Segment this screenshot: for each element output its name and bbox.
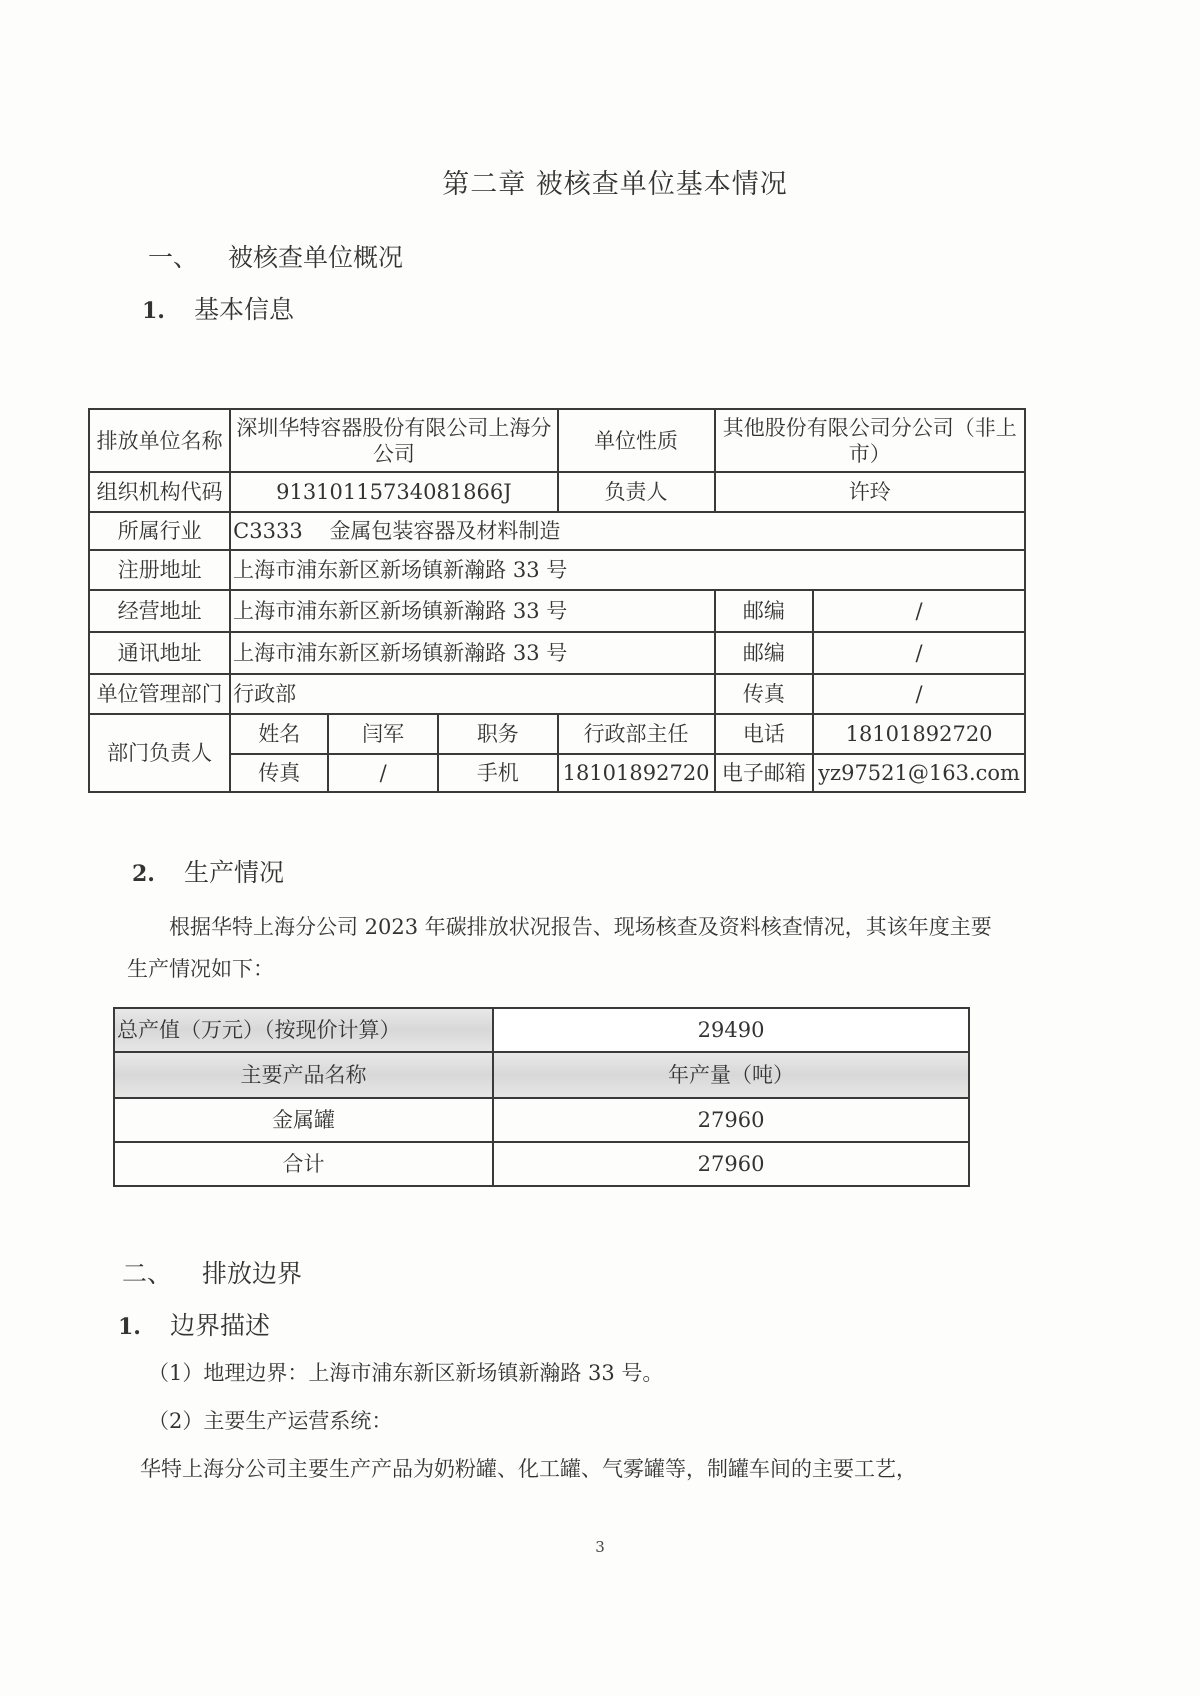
- value-org-code: 91310115734081866J: [230, 472, 557, 512]
- annual-output: 27960: [493, 1098, 969, 1142]
- product-name: 合计: [114, 1142, 493, 1186]
- label-org-code: 组织机构代码: [89, 472, 230, 512]
- subsection-heading-basic-info: 1.基本信息: [142, 290, 294, 326]
- subsection-title: 生产情况: [184, 858, 284, 887]
- value-person-in-charge: 许玲: [715, 472, 1025, 512]
- subsection-number: 1.: [118, 1314, 170, 1340]
- label-op-address: 经营地址: [89, 590, 230, 632]
- value-mobile: 18101892720: [558, 754, 715, 792]
- section-heading-2: 二、排放边界: [122, 1254, 302, 1290]
- label-dept-head: 部门负责人: [89, 714, 230, 792]
- value-mgmt-dept: 行政部: [230, 674, 714, 714]
- page-number: 3: [0, 1538, 1200, 1556]
- value-reg-address: 上海市浦东新区新场镇新瀚路 33 号: [230, 550, 1025, 590]
- section-number: 二、: [122, 1254, 202, 1290]
- label-mgmt-fax: 传真: [715, 674, 814, 714]
- section-title: 被核查单位概况: [228, 243, 403, 272]
- value-op-postcode: /: [813, 590, 1025, 632]
- value-mgmt-fax: /: [813, 674, 1025, 714]
- subsection-number: 1.: [142, 298, 194, 324]
- value-phone: 18101892720: [813, 714, 1025, 754]
- value-fax: /: [328, 754, 438, 792]
- subsection-heading-production: 2.生产情况: [132, 853, 284, 889]
- production-table: 总产值（万元）（按现价计算） 29490 主要产品名称 年产量（吨） 金属罐 2…: [113, 1007, 970, 1187]
- boundary-item-operations: （2）主要生产运营系统：: [148, 1400, 392, 1442]
- label-mail-address: 通讯地址: [89, 632, 230, 674]
- label-name: 姓名: [230, 714, 328, 754]
- label-fax: 传真: [230, 754, 328, 792]
- document-page: 第二章 被核查单位基本情况 一、被核查单位概况 1.基本信息 排放单位名称 深圳…: [0, 0, 1200, 1696]
- label-unit-name: 排放单位名称: [89, 409, 230, 472]
- label-industry: 所属行业: [89, 512, 230, 550]
- subsection-title: 基本信息: [194, 295, 294, 324]
- value-op-address: 上海市浦东新区新场镇新瀚路 33 号: [230, 590, 714, 632]
- operations-paragraph: 华特上海分公司主要生产产品为奶粉罐、化工罐、气雾罐等，制罐车间的主要工艺，: [140, 1448, 1040, 1490]
- label-mobile: 手机: [438, 754, 558, 792]
- value-unit-name: 深圳华特容器股份有限公司上海分公司: [230, 409, 557, 472]
- label-reg-address: 注册地址: [89, 550, 230, 590]
- boundary-item-geographic: （1）地理边界：上海市浦东新区新场镇新瀚路 33 号。: [148, 1352, 663, 1394]
- basic-info-table: 排放单位名称 深圳华特容器股份有限公司上海分公司 单位性质 其他股份有限公司分公…: [88, 408, 1026, 793]
- value-industry: C3333 金属包装容器及材料制造: [230, 512, 1025, 550]
- label-op-postcode: 邮编: [715, 590, 814, 632]
- label-mgmt-dept: 单位管理部门: [89, 674, 230, 714]
- value-email: yz97521@163.com: [813, 754, 1025, 792]
- value-unit-nature: 其他股份有限公司分公司（非上市）: [715, 409, 1025, 472]
- product-name: 金属罐: [114, 1098, 493, 1142]
- label-email: 电子邮箱: [715, 754, 814, 792]
- label-total-output: 总产值（万元）（按现价计算）: [114, 1008, 493, 1052]
- production-intro: 根据华特上海分公司 2023 年碳排放状况报告、现场核查及资料核查情况，其该年度…: [127, 906, 997, 990]
- header-annual-output: 年产量（吨）: [493, 1052, 969, 1098]
- value-name: 闫军: [328, 714, 438, 754]
- label-phone: 电话: [715, 714, 814, 754]
- value-mail-address: 上海市浦东新区新场镇新瀚路 33 号: [230, 632, 714, 674]
- label-position: 职务: [438, 714, 558, 754]
- value-mail-postcode: /: [813, 632, 1025, 674]
- label-mail-postcode: 邮编: [715, 632, 814, 674]
- header-product-name: 主要产品名称: [114, 1052, 493, 1098]
- subsection-number: 2.: [132, 861, 184, 887]
- label-person-in-charge: 负责人: [558, 472, 715, 512]
- annual-output: 27960: [493, 1142, 969, 1186]
- section-heading-1: 一、被核查单位概况: [148, 238, 403, 274]
- label-unit-nature: 单位性质: [558, 409, 715, 472]
- table-row: 金属罐 27960: [114, 1098, 969, 1142]
- table-row-total: 合计 27960: [114, 1142, 969, 1186]
- chapter-title: 第二章 被核查单位基本情况: [0, 162, 1200, 201]
- value-position: 行政部主任: [558, 714, 715, 754]
- subsection-title: 边界描述: [170, 1311, 270, 1340]
- value-total-output: 29490: [493, 1008, 969, 1052]
- section-number: 一、: [148, 238, 228, 274]
- section-title: 排放边界: [202, 1259, 302, 1288]
- subsection-heading-boundary: 1.边界描述: [118, 1306, 270, 1342]
